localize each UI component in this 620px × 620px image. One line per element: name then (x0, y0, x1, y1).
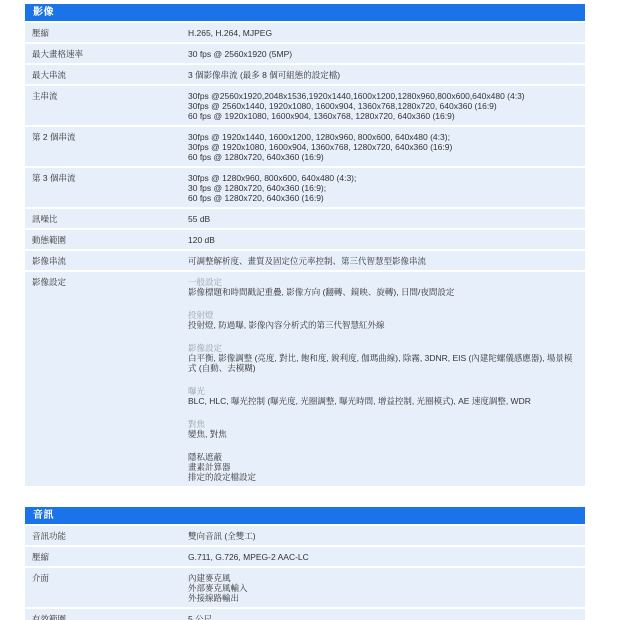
value-line: BLC, HLC, 曝光控制 (曝光度, 光圈調整, 曝光時間, 增益控制, 光… (188, 396, 577, 406)
value-line: G.711, G.726, MPEG-2 AAC-LC (188, 552, 577, 562)
spec-row: 第 2 個串流 30fps @ 1920x1440, 1600x1200, 12… (25, 125, 585, 166)
value-line: H.265, H.264, MJPEG (188, 28, 577, 38)
row-label: 影像串流 (25, 251, 188, 270)
row-value: 30fps @2560x1920,2048x1536,1920x1440,160… (188, 86, 585, 125)
value-line: 變焦, 對焦 (188, 429, 577, 439)
value-line: 30 fps @ 2560x1920 (5MP) (188, 49, 577, 59)
row-value: 雙向音訊 (全雙工) (188, 526, 585, 545)
setting-group: 對焦 變焦, 對焦 (188, 419, 577, 439)
row-value: H.265, H.264, MJPEG (188, 23, 585, 42)
group-lines: 白平衡, 影像調整 (亮度, 對比, 飽和度, 銳利度, 伽瑪曲線), 除霧, … (188, 353, 577, 373)
spec-section: 音訊 音訊功能 雙向音訊 (全雙工) 壓縮 G.711, G.726, MPEG… (25, 507, 585, 620)
setting-group: 隱私遮蔽畫素計算器排定的設定檔設定 (188, 452, 577, 482)
value-line: 外部麥克風輸入 (188, 583, 577, 593)
value-line: 30fps @ 1920x1440, 1600x1200, 1280x960, … (188, 132, 577, 142)
value-line: 3 個影像串流 (最多 8 個可組態的設定檔) (188, 70, 577, 80)
row-label: 壓縮 (25, 547, 188, 566)
row-value: 55 dB (188, 209, 585, 228)
group-title: 影像設定 (188, 343, 577, 353)
value-line: 60 fps @ 1280x720, 640x360 (16:9) (188, 193, 577, 203)
value-line: 55 dB (188, 214, 577, 224)
spec-row: 影像串流 可調整解析度、畫質及固定位元率控制、第三代智慧型影像串流 (25, 249, 585, 270)
setting-group: 影像設定 白平衡, 影像調整 (亮度, 對比, 飽和度, 銳利度, 伽瑪曲線),… (188, 343, 577, 373)
row-value: 內建麥克風外部麥克風輸入外接線路輸出 (188, 568, 585, 607)
row-value: 3 個影像串流 (最多 8 個可組態的設定檔) (188, 65, 585, 84)
spec-row: 音訊功能 雙向音訊 (全雙工) (25, 524, 585, 545)
section-title: 音訊 (33, 510, 54, 521)
value-line: 60 fps @ 1280x720, 640x360 (16:9) (188, 152, 577, 162)
section-rows: 音訊功能 雙向音訊 (全雙工) 壓縮 G.711, G.726, MPEG-2 … (25, 524, 585, 620)
spec-row: 最大畫格速率 30 fps @ 2560x1920 (5MP) (25, 42, 585, 63)
row-value: 120 dB (188, 230, 585, 249)
setting-group: 一般設定 影像標題和時間戳記重疊, 影像方向 (翻轉、鏡映、旋轉), 日間/夜間… (188, 277, 577, 297)
value-line: 120 dB (188, 235, 577, 245)
value-line: 隱私遮蔽 (188, 452, 577, 462)
spec-row: 壓縮 H.265, H.264, MJPEG (25, 21, 585, 42)
group-title: 對焦 (188, 419, 577, 429)
value-line: 畫素計算器 (188, 462, 577, 472)
group-title: 一般設定 (188, 277, 577, 287)
row-value: 30fps @ 1920x1440, 1600x1200, 1280x960, … (188, 127, 585, 166)
value-line: 投射燈, 防過曝, 影像內容分析式的第三代智慧紅外線 (188, 320, 577, 330)
group-title: 投射燈 (188, 310, 577, 320)
row-value: 30 fps @ 2560x1920 (5MP) (188, 44, 585, 63)
spec-row: 介面 內建麥克風外部麥克風輸入外接線路輸出 (25, 566, 585, 607)
spec-row: 影像設定 一般設定 影像標題和時間戳記重疊, 影像方向 (翻轉、鏡映、旋轉), … (25, 270, 585, 486)
value-line: 白平衡, 影像調整 (亮度, 對比, 飽和度, 銳利度, 伽瑪曲線), 除霧, … (188, 353, 577, 373)
spec-row: 第 3 個串流 30fps @ 1280x960, 800x600, 640x4… (25, 166, 585, 207)
row-label: 第 3 個串流 (25, 168, 188, 207)
spec-tables: 影像 壓縮 H.265, H.264, MJPEG 最大畫格速率 30 fps … (25, 4, 620, 620)
row-label: 音訊功能 (25, 526, 188, 545)
value-line: 5 公尺 (188, 614, 577, 620)
value-line: 30fps @ 1280x960, 800x600, 640x480 (4:3)… (188, 173, 577, 183)
row-label: 壓縮 (25, 23, 188, 42)
value-line: 60 fps @ 1920x1080, 1600x904, 1360x768, … (188, 111, 577, 121)
group-title: 曝光 (188, 386, 577, 396)
group-lines: 投射燈, 防過曝, 影像內容分析式的第三代智慧紅外線 (188, 320, 577, 330)
spec-page: 影像 壓縮 H.265, H.264, MJPEG 最大畫格速率 30 fps … (0, 0, 620, 620)
row-label: 最大畫格速率 (25, 44, 188, 63)
row-label: 主串流 (25, 86, 188, 125)
value-line: 雙向音訊 (全雙工) (188, 531, 577, 541)
setting-group: 投射燈 投射燈, 防過曝, 影像內容分析式的第三代智慧紅外線 (188, 310, 577, 330)
value-line: 影像標題和時間戳記重疊, 影像方向 (翻轉、鏡映、旋轉), 日間/夜間設定 (188, 287, 577, 297)
spec-row: 有效範圍 5 公尺 (25, 607, 585, 620)
row-value: G.711, G.726, MPEG-2 AAC-LC (188, 547, 585, 566)
setting-group: 曝光 BLC, HLC, 曝光控制 (曝光度, 光圈調整, 曝光時間, 增益控制… (188, 386, 577, 406)
group-lines: BLC, HLC, 曝光控制 (曝光度, 光圈調整, 曝光時間, 增益控制, 光… (188, 396, 577, 406)
value-line: 30fps @2560x1920,2048x1536,1920x1440,160… (188, 91, 577, 101)
row-label: 介面 (25, 568, 188, 607)
group-lines: 隱私遮蔽畫素計算器排定的設定檔設定 (188, 452, 577, 482)
row-label: 第 2 個串流 (25, 127, 188, 166)
spec-row: 主串流 30fps @2560x1920,2048x1536,1920x1440… (25, 84, 585, 125)
group-lines: 影像標題和時間戳記重疊, 影像方向 (翻轉、鏡映、旋轉), 日間/夜間設定 (188, 287, 577, 297)
value-line: 30 fps @ 1280x720, 640x360 (16:9); (188, 183, 577, 193)
row-value: 5 公尺 (188, 609, 585, 620)
value-line: 外接線路輸出 (188, 593, 577, 603)
row-label: 動態範圍 (25, 230, 188, 249)
section-rows: 壓縮 H.265, H.264, MJPEG 最大畫格速率 30 fps @ 2… (25, 21, 585, 486)
value-line: 可調整解析度、畫質及固定位元率控制、第三代智慧型影像串流 (188, 256, 577, 266)
value-line: 30fps @ 1920x1080, 1600x904, 1360x768, 1… (188, 142, 577, 152)
row-value: 可調整解析度、畫質及固定位元率控制、第三代智慧型影像串流 (188, 251, 585, 270)
section-header: 音訊 (25, 507, 585, 524)
spec-row: 最大串流 3 個影像串流 (最多 8 個可組態的設定檔) (25, 63, 585, 84)
value-line: 內建麥克風 (188, 573, 577, 583)
row-value: 一般設定 影像標題和時間戳記重疊, 影像方向 (翻轉、鏡映、旋轉), 日間/夜間… (188, 272, 585, 486)
spec-row: 訊噪比 55 dB (25, 207, 585, 228)
row-label: 有效範圍 (25, 609, 188, 620)
spec-section: 影像 壓縮 H.265, H.264, MJPEG 最大畫格速率 30 fps … (25, 4, 585, 486)
spec-row: 動態範圍 120 dB (25, 228, 585, 249)
row-label: 訊噪比 (25, 209, 188, 228)
row-value: 30fps @ 1280x960, 800x600, 640x480 (4:3)… (188, 168, 585, 207)
section-header: 影像 (25, 4, 585, 21)
group-lines: 變焦, 對焦 (188, 429, 577, 439)
row-label: 影像設定 (25, 272, 188, 486)
row-label: 最大串流 (25, 65, 188, 84)
spec-row: 壓縮 G.711, G.726, MPEG-2 AAC-LC (25, 545, 585, 566)
section-title: 影像 (33, 7, 54, 18)
value-line: 排定的設定檔設定 (188, 472, 577, 482)
value-line: 30fps @ 2560x1440, 1920x1080, 1600x904, … (188, 101, 577, 111)
